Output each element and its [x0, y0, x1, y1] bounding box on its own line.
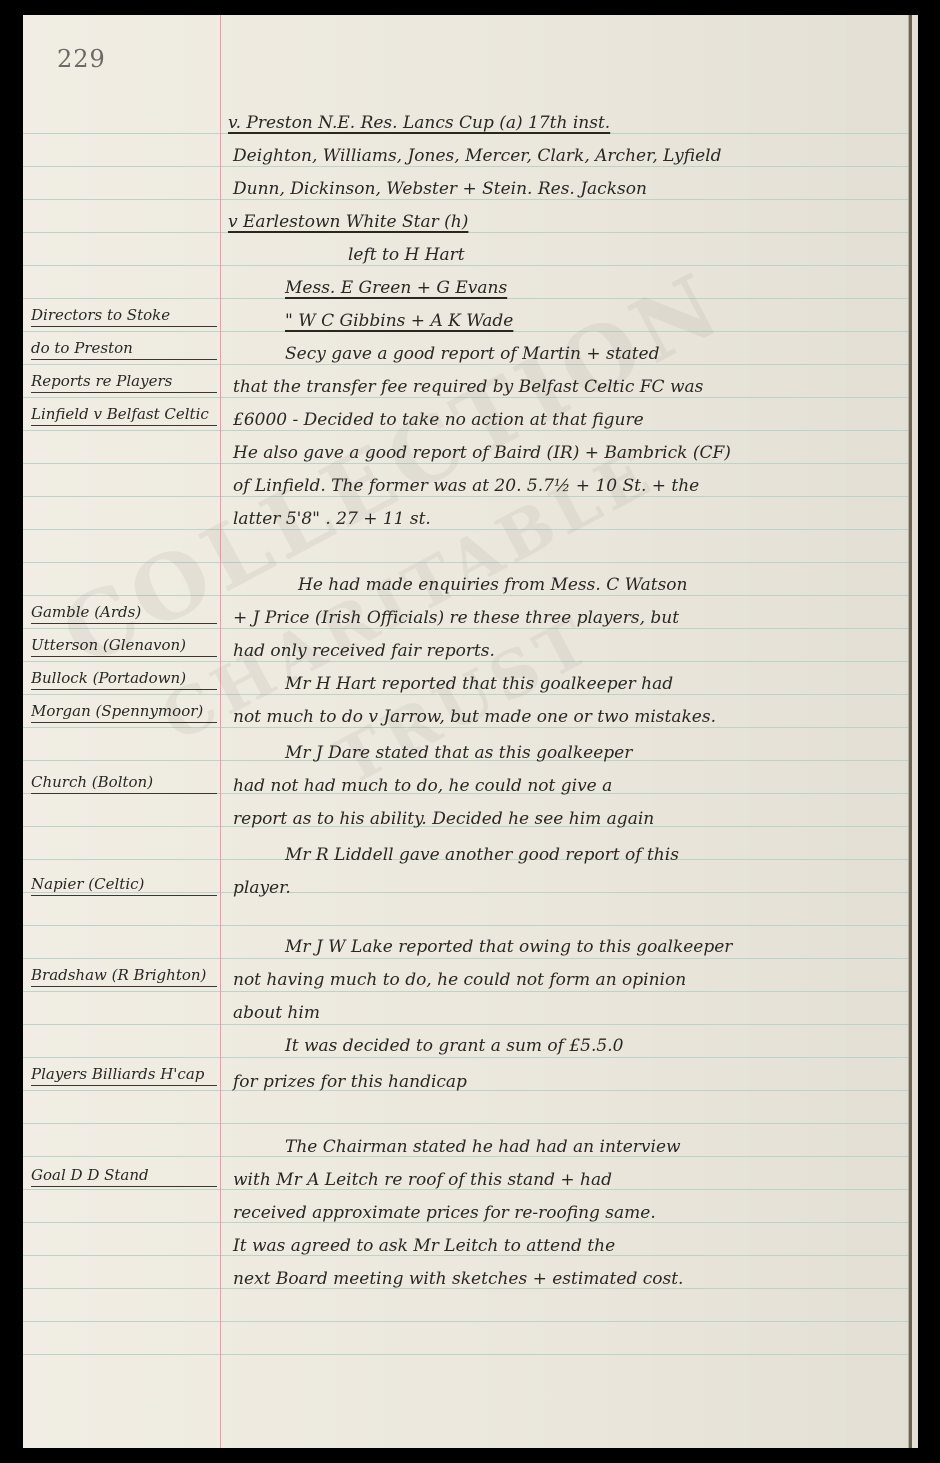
- body-line: had not had much to do, he could not giv…: [233, 776, 612, 796]
- body-line: The Chairman stated he had had an interv…: [285, 1137, 681, 1157]
- body-line: Mr H Hart reported that this goalkeeper …: [285, 674, 673, 694]
- ruled-line: [23, 529, 909, 530]
- body-line: player.: [233, 878, 291, 898]
- ruled-line: [23, 265, 909, 266]
- team-left-to: left to H Hart: [348, 245, 465, 265]
- ruled-line: [23, 133, 909, 134]
- body-line: £6000 - Decided to take no action at tha…: [233, 410, 644, 430]
- margin-note-linfield-belfast: Linfield v Belfast Celtic: [31, 404, 217, 426]
- ruled-line: [23, 496, 909, 497]
- body-line: + J Price (Irish Officials) re these thr…: [233, 608, 679, 628]
- red-margin-line: [220, 15, 221, 1448]
- minute-book-page: COLLECTION CHARITABLE TRUST 229 Director…: [23, 15, 918, 1448]
- page-number: 229: [57, 45, 106, 73]
- body-line: with Mr A Leitch re roof of this stand +…: [233, 1170, 612, 1190]
- body-line: He also gave a good report of Baird (IR)…: [233, 443, 731, 463]
- margin-note-directors-stoke: Directors to Stoke: [31, 305, 217, 327]
- body-line: Mr J Dare stated that as this goalkeeper: [285, 743, 632, 763]
- body-line: had only received fair reports.: [233, 641, 495, 661]
- page-edge: [912, 15, 918, 1448]
- fixture-earlestown: v Earlestown White Star (h): [228, 212, 468, 232]
- ruled-line: [23, 430, 909, 431]
- body-line: Mr J W Lake reported that owing to this …: [285, 937, 732, 957]
- margin-note-napier: Napier (Celtic): [31, 874, 217, 896]
- body-line: report as to his ability. Decided he see…: [233, 809, 654, 829]
- team-line-2: Dunn, Dickinson, Webster + Stein. Res. J…: [233, 179, 647, 199]
- body-line: about him: [233, 1003, 320, 1023]
- ruled-line: [23, 1321, 909, 1322]
- ruled-line: [23, 232, 909, 233]
- margin-note-morgan: Morgan (Spennymoor): [31, 701, 217, 723]
- ruled-line: [23, 331, 909, 332]
- margin-note-goal-stand: Goal D D Stand: [31, 1165, 217, 1187]
- body-line: Secy gave a good report of Martin + stat…: [285, 344, 660, 364]
- body-line: of Linfield. The former was at 20. 5.7½ …: [233, 476, 699, 496]
- ruled-line: [23, 1024, 909, 1025]
- binding-gutter: [909, 15, 912, 1448]
- team-line-1: Deighton, Williams, Jones, Mercer, Clark…: [233, 146, 721, 166]
- body-line: It was decided to grant a sum of £5.5.0: [285, 1036, 623, 1056]
- body-line: for prizes for this handicap: [233, 1072, 467, 1092]
- ruled-line: [23, 199, 909, 200]
- margin-note-utterson: Utterson (Glenavon): [31, 635, 217, 657]
- ruled-line: [23, 1123, 909, 1124]
- ruled-line: [23, 595, 909, 596]
- body-line: Mr R Liddell gave another good report of…: [285, 845, 679, 865]
- margin-note-gamble: Gamble (Ards): [31, 602, 217, 624]
- margin-note-bradshaw: Bradshaw (R Brighton): [31, 965, 217, 987]
- ruled-line: [23, 628, 909, 629]
- ruled-line: [23, 298, 909, 299]
- margin-note-billiards: Players Billiards H'cap: [31, 1064, 217, 1086]
- margin-note-directors-preston: do to Preston: [31, 338, 217, 360]
- margin-note-church: Church (Bolton): [31, 772, 217, 794]
- ruled-line: [23, 166, 909, 167]
- body-line: He had made enquiries from Mess. C Watso…: [298, 575, 687, 595]
- body-line: not much to do v Jarrow, but made one or…: [233, 707, 716, 727]
- ruled-line: [23, 463, 909, 464]
- ruled-line: [23, 694, 909, 695]
- fixture-preston: v. Preston N.E. Res. Lancs Cup (a) 17th …: [228, 113, 610, 133]
- body-line: that the transfer fee required by Belfas…: [233, 377, 703, 397]
- ruled-line: [23, 661, 909, 662]
- body-line: next Board meeting with sketches + estim…: [233, 1269, 683, 1289]
- ruled-line: [23, 727, 909, 728]
- ruled-line: [23, 925, 909, 926]
- body-line: latter 5'8" . 27 + 11 st.: [233, 509, 431, 529]
- ruled-line: [23, 1057, 909, 1058]
- ruled-line: [23, 364, 909, 365]
- ruled-line: [23, 397, 909, 398]
- body-line: received approximate prices for re-roofi…: [233, 1203, 656, 1223]
- directors-stoke-names: Mess. E Green + G Evans: [285, 278, 507, 298]
- margin-note-bullock: Bullock (Portadown): [31, 668, 217, 690]
- ruled-line: [23, 958, 909, 959]
- directors-preston-names: " W C Gibbins + A K Wade: [285, 311, 513, 331]
- ruled-line: [23, 991, 909, 992]
- margin-note-reports-players: Reports re Players: [31, 371, 217, 393]
- ruled-line: [23, 562, 909, 563]
- body-line: It was agreed to ask Mr Leitch to attend…: [233, 1236, 615, 1256]
- ruled-line: [23, 1354, 909, 1355]
- body-line: not having much to do, he could not form…: [233, 970, 686, 990]
